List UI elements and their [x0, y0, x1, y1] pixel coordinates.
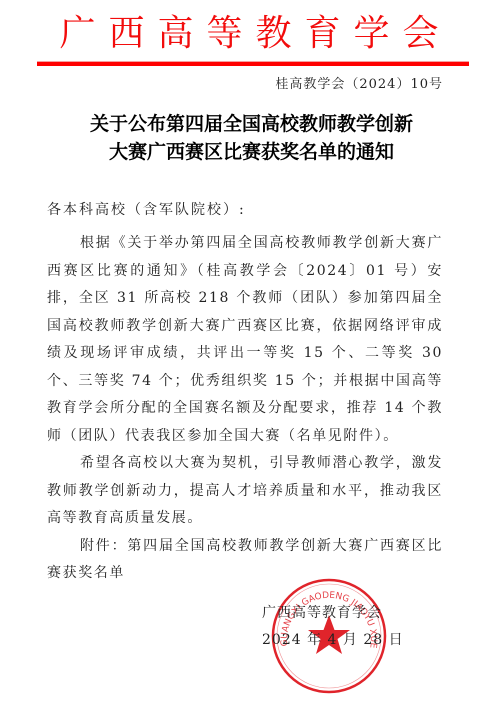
- notice-title-line-1: 关于公布第四届全国高校教师教学创新: [0, 110, 503, 138]
- body-paragraph: 根据《关于举办第四届全国高校教师教学创新大赛广西赛区比赛的通知》（桂高教学会〔2…: [47, 230, 443, 450]
- document-number: 桂高教学会（2024）10号: [275, 76, 443, 94]
- letterhead-red-rule: [37, 62, 469, 66]
- notice-body: 根据《关于举办第四届全国高校教师教学创新大赛广西赛区比赛的通知》（桂高教学会〔2…: [47, 230, 443, 588]
- salutation: 各本科高校（含军队院校）:: [47, 200, 246, 220]
- notice-title: 关于公布第四届全国高校教师教学创新 大赛广西赛区比赛获奖名单的通知: [0, 110, 503, 166]
- signature-date: 2024 年 4 月 28 日: [262, 627, 404, 654]
- notice-title-line-2: 大赛广西赛区比赛获奖名单的通知: [0, 138, 503, 166]
- body-paragraph: 希望各高校以大赛为契机，引导教师潜心教学，激发教师教学创新动力，提高人才培养质量…: [47, 450, 443, 533]
- signature-block: 广西高等教育学会 2024 年 4 月 28 日: [262, 600, 404, 654]
- signature-org: 广西高等教育学会: [262, 600, 404, 627]
- org-letterhead-title: 广西高等教育学会: [0, 10, 503, 58]
